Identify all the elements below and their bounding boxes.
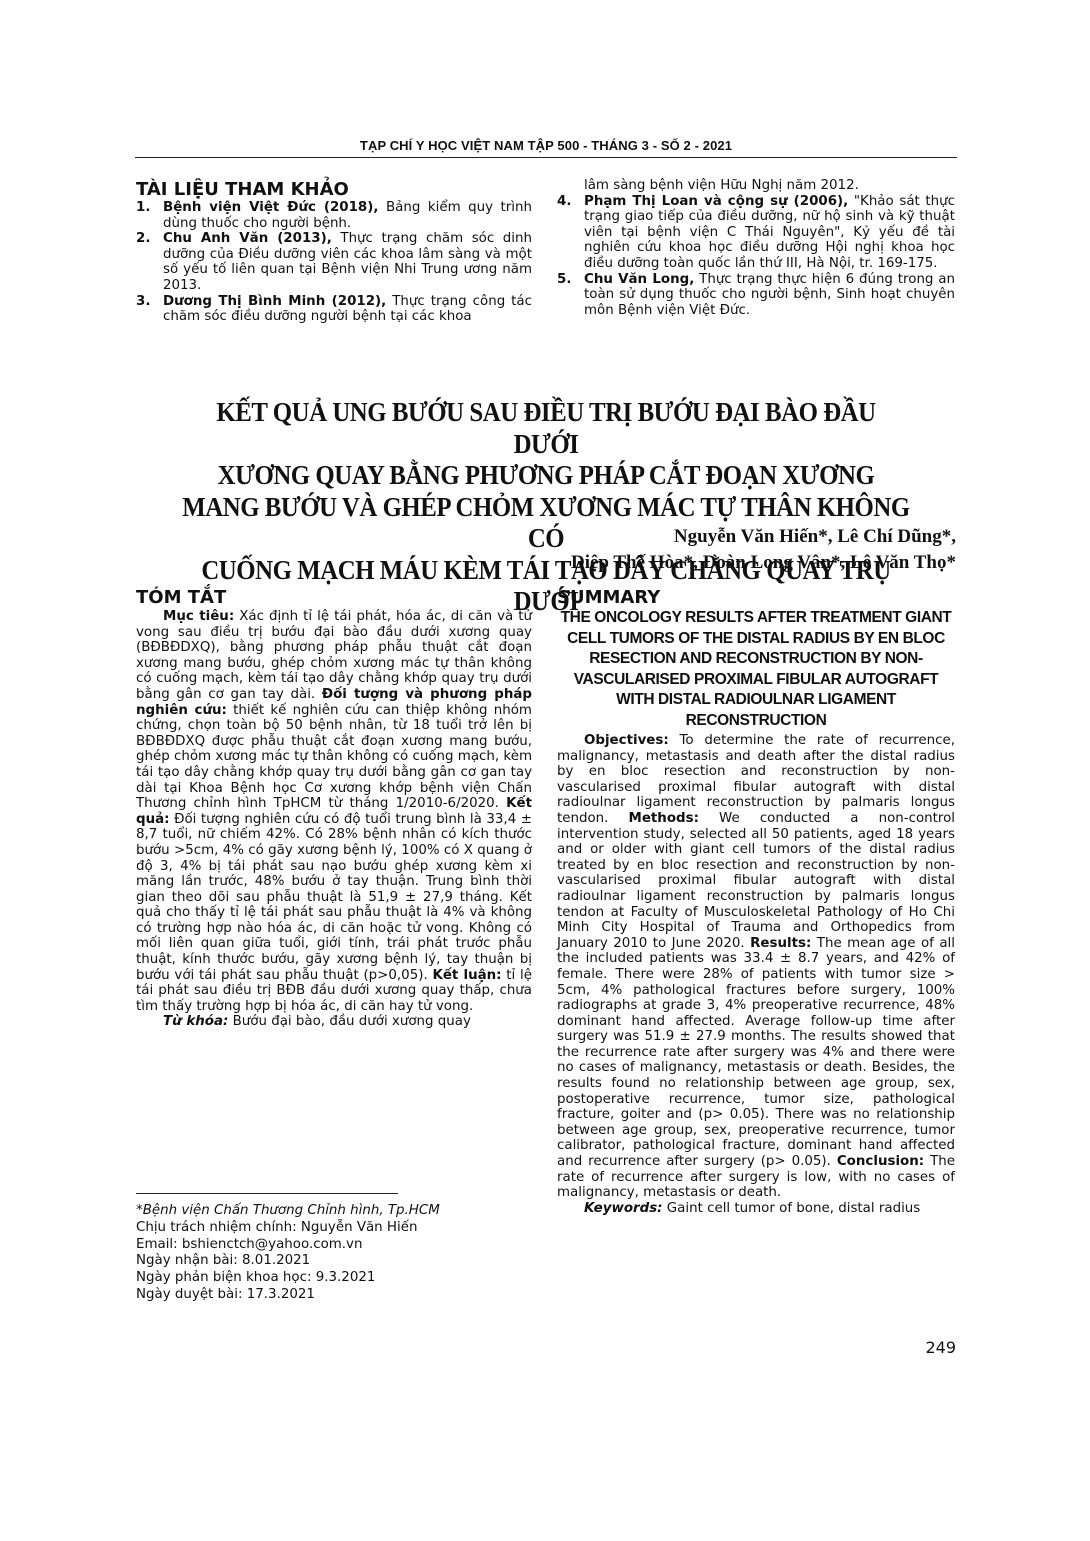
abstract-vi-body: Mục tiêu: Xác định tỉ lệ tái phát, hóa á…	[136, 609, 532, 1014]
results-label: Results:	[750, 936, 811, 951]
keywords-label: Từ khóa:	[163, 1014, 228, 1029]
article-authors: Nguyễn Văn Hiến*, Lê Chí Dũng*, Diệp Thế…	[571, 524, 956, 576]
reference-number: 4.	[557, 194, 584, 272]
reference-item: 2. Chu Anh Văn (2013), Thực trạng chăm s…	[136, 231, 532, 293]
date-accepted: Ngày duyệt bài: 17.3.2021	[136, 1287, 532, 1304]
results-text: Đối tượng nghiên cứu có độ tuổi trung bì…	[136, 812, 532, 983]
abstract-en-body: Objectives: To determine the rate of rec…	[557, 733, 955, 1201]
methods-text: We conducted a non-control intervention …	[557, 811, 955, 951]
reference-author: Chu Anh Văn (2013),	[163, 231, 332, 246]
authors-line: Diệp Thế Hòa*, Đoàn Long Vân*, Lê Văn Th…	[571, 550, 956, 576]
reference-continuation: lâm sàng bệnh viện Hữu Nghị năm 2012.	[557, 178, 955, 194]
english-title: THE ONCOLOGY RESULTS AFTER TREATMENT GIA…	[557, 608, 955, 731]
conclusion-label: Kết luận:	[432, 968, 501, 983]
reference-author: Phạm Thị Loan và cộng sự (2006),	[584, 194, 848, 209]
abstract-vietnamese: TÓM TẮT Mục tiêu: Xác định tỉ lệ tái phá…	[136, 588, 532, 1030]
keywords-vi: Từ khóa: Bướu đại bào, đầu dưới xương qu…	[136, 1014, 532, 1030]
abstract-vi-heading: TÓM TẮT	[136, 588, 532, 608]
page-number: 249	[925, 1338, 956, 1357]
reference-author: Bệnh viện Việt Đức (2018),	[163, 200, 378, 215]
reference-item: 3. Dương Thị Bình Minh (2012), Thực trạn…	[136, 294, 532, 325]
article-title: KẾT QUẢ UNG BƯỚU SAU ĐIỀU TRỊ BƯỚU ĐẠI B…	[182, 397, 911, 618]
references-right-column: lâm sàng bệnh viện Hữu Nghị năm 2012. 4.…	[557, 178, 955, 318]
keywords-en: Keywords: Gaint cell tumor of bone, dist…	[557, 1201, 955, 1217]
affiliation: *Bệnh viện Chấn Thương Chỉnh hình, Tp.HC…	[136, 1203, 532, 1220]
reference-number: 2.	[136, 231, 163, 293]
reference-number: 1.	[136, 200, 163, 231]
footnotes: *Bệnh viện Chấn Thương Chỉnh hình, Tp.HC…	[136, 1203, 532, 1304]
references-heading: TÀI LIỆU THAM KHẢO	[136, 180, 532, 200]
reference-number: 5.	[557, 272, 584, 319]
keywords-text: Gaint cell tumor of bone, distal radius	[663, 1201, 921, 1216]
methods-text: thiết kế nghiên cứu can thiệp không nhóm…	[136, 703, 532, 812]
abstract-english: SUMMARY THE ONCOLOGY RESULTS AFTER TREAT…	[557, 588, 955, 1216]
reference-item: 5. Chu Văn Long, Thực trạng thực hiện 6 …	[557, 272, 955, 319]
methods-label: Methods:	[629, 811, 699, 826]
reference-item: 4. Phạm Thị Loan và cộng sự (2006), "Khả…	[557, 194, 955, 272]
abstract-en-heading: SUMMARY	[557, 588, 955, 608]
title-line: KẾT QUẢ UNG BƯỚU SAU ĐIỀU TRỊ BƯỚU ĐẠI B…	[182, 397, 911, 460]
objective-label: Mục tiêu:	[163, 609, 234, 624]
keywords-label: Keywords:	[584, 1201, 663, 1216]
reference-author: Chu Văn Long,	[584, 272, 694, 287]
header-divider	[135, 157, 957, 158]
references-left-column: TÀI LIỆU THAM KHẢO 1. Bệnh viện Việt Đức…	[136, 180, 532, 325]
responsible-author: Chịu trách nhiệm chính: Nguyễn Văn Hiến	[136, 1220, 532, 1237]
conclusion-label: Conclusion:	[837, 1154, 924, 1169]
reference-number: 3.	[136, 294, 163, 325]
keywords-text: Bướu đại bào, đầu dưới xương quay	[228, 1014, 471, 1029]
authors-line: Nguyễn Văn Hiến*, Lê Chí Dũng*,	[571, 524, 956, 550]
date-received: Ngày nhận bài: 8.01.2021	[136, 1253, 532, 1270]
objectives-label: Objectives:	[584, 733, 669, 748]
reference-author: Dương Thị Bình Minh (2012),	[163, 294, 386, 309]
journal-header: TẠP CHÍ Y HỌC VIỆT NAM TẬP 500 - THÁNG 3…	[135, 138, 957, 153]
email: Email: bshienctch@yahoo.com.vn	[136, 1237, 532, 1254]
footnote-divider	[136, 1193, 398, 1194]
title-line: XƯƠNG QUAY BẰNG PHƯƠNG PHÁP CẮT ĐOẠN XƯƠ…	[182, 460, 911, 492]
results-text: The mean age of all the included patient…	[557, 936, 955, 1169]
date-reviewed: Ngày phản biện khoa học: 9.3.2021	[136, 1270, 532, 1287]
reference-item: 1. Bệnh viện Việt Đức (2018), Bảng kiểm …	[136, 200, 532, 231]
